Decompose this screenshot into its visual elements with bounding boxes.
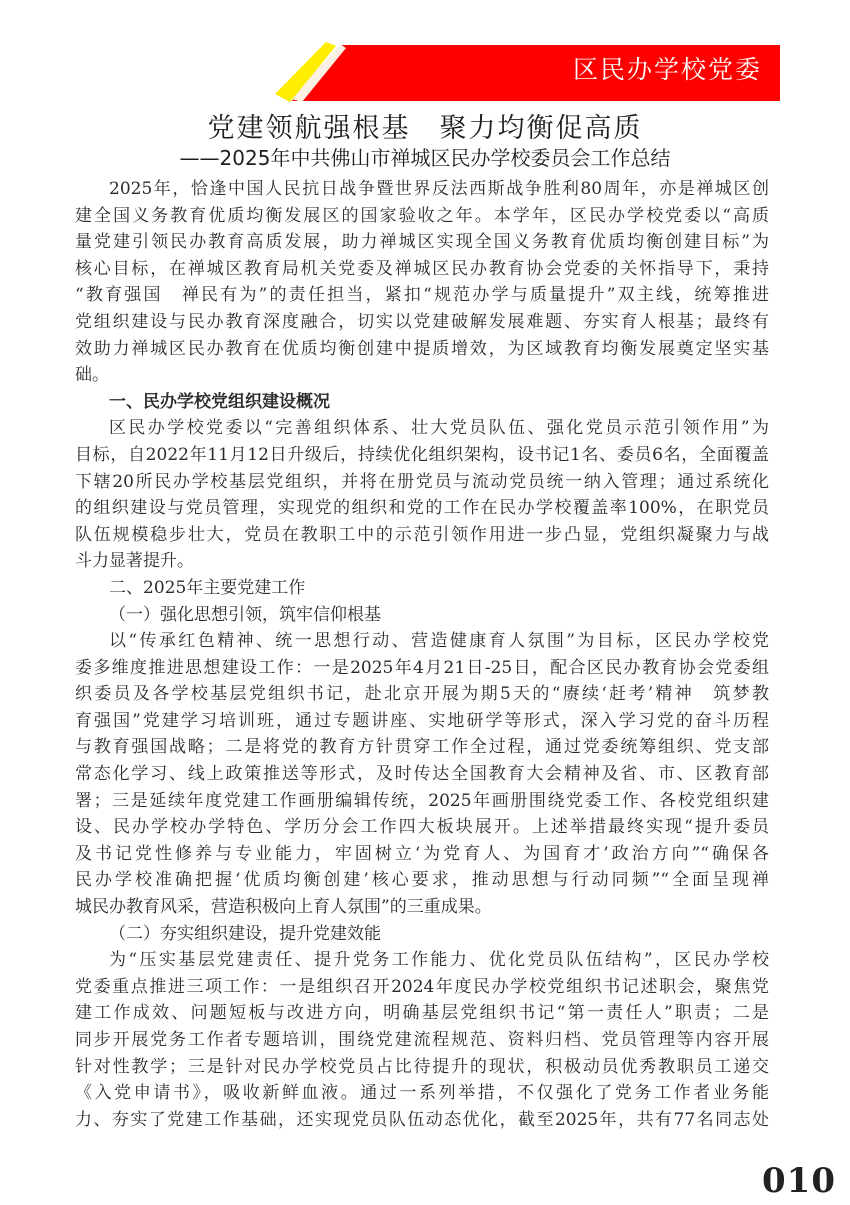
body-text-line: 及书记党性修养与专业能力，牢固树立‘为党育人、为国育才’政治方向”“确保各 <box>75 841 769 868</box>
body-text-line: 织委员及各学校基层党组织书记，赴北京开展为期5天的“赓续‘赶考’精神 筑梦教 <box>75 681 769 708</box>
body-text-line: 署；三是延续年度党建工作画册编辑传统，2025年画册围绕党委工作、各校党组织建 <box>75 788 769 815</box>
section-heading: （一）强化思想引领，筑牢信仰根基 <box>75 602 769 629</box>
body-text-line: 目标，自2022年11月12日升级后，持续优化组织架构，设书记1名、委员6名，全… <box>75 442 769 469</box>
paragraph-first-line: 区民办学校党委以“完善组织体系、壮大党员队伍、强化党员示范引领作用”为 <box>75 415 769 442</box>
body-text-line: 党组织建设与民办教育深度融合，切实以党建破解发展难题、夯实育人根基；最终有 <box>75 309 769 336</box>
banner-label: 区民办学校党委 <box>573 52 762 88</box>
body-text-line: 力、夯实了党建工作基础，还实现党员队伍动态优化，截至2025年，共有77名同志处 <box>75 1107 769 1134</box>
body-text-line: 建全国义务教育优质均衡发展区的国家验收之年。本学年，区民办学校党委以“高质 <box>75 203 769 230</box>
body-text-line: 下辖20所民办学校基层党组织，并将在册党员与流动党员统一纳入管理；通过系统化 <box>75 469 769 496</box>
body-text-line: 《入党申请书》，吸收新鲜血液。通过一系列举措，不仅强化了党务工作者业务能 <box>75 1080 769 1107</box>
body-text-line: 核心目标，在禅城区教育局机关党委及禅城区民办教育协会党委的关怀指导下，秉持 <box>75 256 769 283</box>
section-heading: 一、民办学校党组织建设概况 <box>75 389 769 416</box>
document-body: 2025年，恰逢中国人民抗日战争暨世界反法西斯战争胜利80周年，亦是禅城区创建全… <box>75 176 769 1133</box>
body-text-line: 的组织建设与党员管理，实现党的组织和党的工作在民办学校覆盖率100%，在职党员 <box>75 495 769 522</box>
paragraph-last-line: 城民办教育风采，营造积极向上育人氛围”的三重成果。 <box>75 894 769 921</box>
body-text-line: 常态化学习、线上政策推送等形式，及时传达全国教育大会精神及省、市、区教育部 <box>75 761 769 788</box>
section-heading: 二、2025年主要党建工作 <box>75 575 769 602</box>
paragraph-last-line: 斗力显著提升。 <box>75 548 769 575</box>
section-banner: 区民办学校党委 <box>270 38 780 106</box>
body-text-line: 效助力禅城区民办教育在优质均衡创建中提质增效，为区域教育均衡发展奠定坚实基 <box>75 336 769 363</box>
body-text-line: 针对性教学；三是针对民办学校党员占比待提升的现状，积极动员优秀教职员工递交 <box>75 1054 769 1081</box>
body-text-line: 育强国”党建学习培训班，通过专题讲座、实地研学等形式，深入学习党的奋斗历程 <box>75 708 769 735</box>
body-text-line: 委多维度推进思想建设工作：一是2025年4月21日-25日，配合区民办教育协会党… <box>75 655 769 682</box>
paragraph-first-line: 以“传承红色精神、统一思想行动、营造健康育人氛围”为目标，区民办学校党 <box>75 628 769 655</box>
body-text-line: 党委重点推进三项工作：一是组织召开2024年度民办学校党组织书记述职会，聚焦党 <box>75 974 769 1001</box>
body-text-line: 建工作成效、问题短板与改进方向，明确基层党组织书记“第一责任人”职责；二是 <box>75 1000 769 1027</box>
body-text-line: 队伍规模稳步壮大，党员在教职工中的示范引领作用进一步凸显，党组织凝聚力与战 <box>75 522 769 549</box>
paragraph-first-line: 为“压实基层党建责任、提升党务工作能力、优化党员队伍结构”，区民办学校 <box>75 947 769 974</box>
body-text-line: 设、民办学校办学特色、学历分会工作四大板块展开。上述举措最终实现“提升委员 <box>75 814 769 841</box>
body-text-line: 与教育强国战略；二是将党的教育方针贯穿工作全过程，通过党委统筹组织、党支部 <box>75 734 769 761</box>
paragraph-first-line: 2025年，恰逢中国人民抗日战争暨世界反法西斯战争胜利80周年，亦是禅城区创 <box>75 176 769 203</box>
body-text-line: 民办学校准确把握‘优质均衡创建’核心要求，推动思想与行动同频”“全面呈现禅 <box>75 867 769 894</box>
body-text-line: “教育强国 禅民有为”的责任担当，紧扣“规范办学与质量提升”双主线，统筹推进 <box>75 282 769 309</box>
body-text-line: 量党建引领民办教育高质发展，助力禅城区实现全国义务教育优质均衡创建目标”为 <box>75 229 769 256</box>
section-heading: （二）夯实组织建设，提升党建效能 <box>75 921 769 948</box>
document-title: 党建领航强根基 聚力均衡促高质 <box>0 112 850 146</box>
paragraph-last-line: 础。 <box>75 362 769 389</box>
body-text-line: 同步开展党务工作者专题培训，围绕党建流程规范、资料归档、党员管理等内容开展 <box>75 1027 769 1054</box>
document-subtitle: ——2025年中共佛山市禅城区民办学校委员会工作总结 <box>0 145 850 171</box>
page-number: 010 <box>762 1161 836 1201</box>
